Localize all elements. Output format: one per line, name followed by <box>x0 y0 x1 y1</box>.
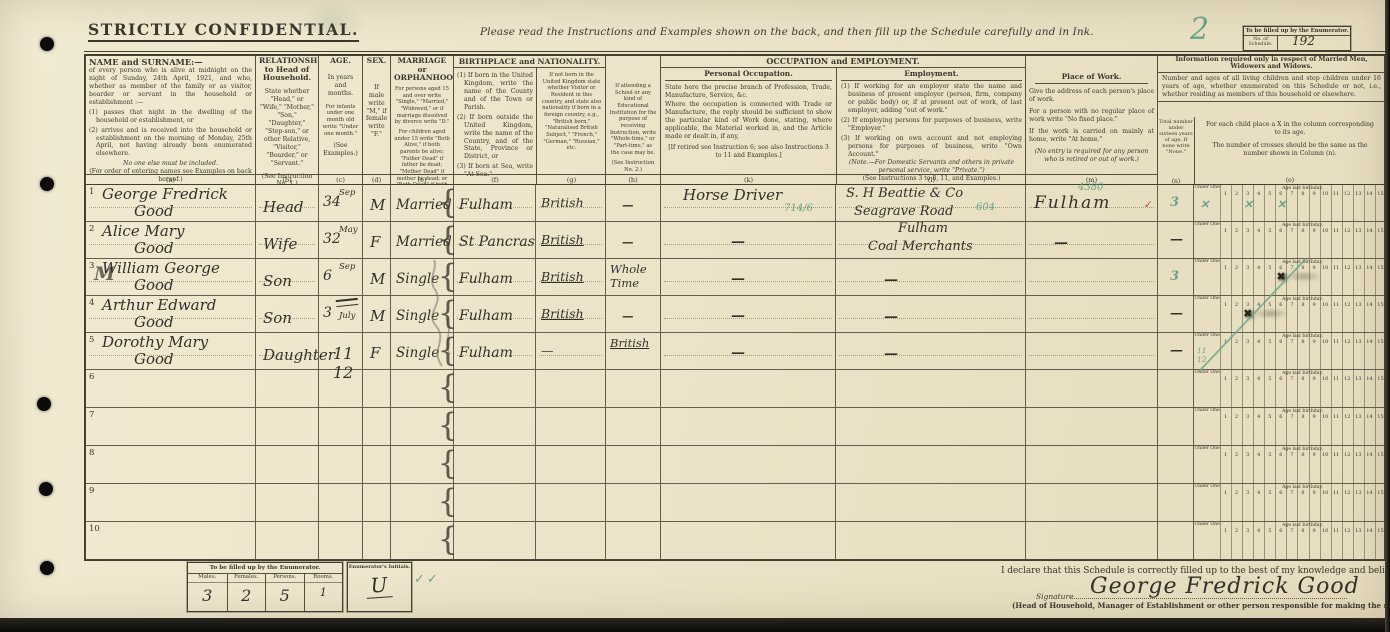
employment-code-green: 604 <box>976 202 995 213</box>
row-6-cell-o: Under OneAge last birthday.1234567891011… <box>1193 370 1385 407</box>
row-8-cell-h <box>605 446 660 483</box>
row-9-cell-a: 9 <box>85 484 255 521</box>
row-1-cell-c: 34Sep <box>318 185 362 221</box>
row-6-cell-n <box>1157 370 1193 407</box>
age-col-note1: For infants under one month old write "U… <box>322 104 359 139</box>
child-age-cross: ✕ <box>1200 198 1209 211</box>
grid-age-number: 11 <box>1331 452 1342 458</box>
sex-value: M <box>370 270 385 288</box>
enumerator-col-rooms: Rooms.1 <box>304 573 343 611</box>
enumerator-initials-label: Enumerator's Initials. <box>348 563 411 571</box>
grid-age-number: 9 <box>1309 228 1320 234</box>
grid-age-number: 3 <box>1242 528 1253 534</box>
row-10-cell-m <box>1025 522 1157 559</box>
row-1-cell-n: 3 <box>1157 185 1193 221</box>
grid-age-number: 14 <box>1364 414 1375 420</box>
row-8-cell-k <box>660 446 835 483</box>
table-row: 3MWilliam GeorgeGoodSon6SepMSingle{Fulha… <box>85 259 1385 296</box>
name-col-item2: (2) arrives and is received into the hou… <box>89 127 252 159</box>
relationship-col-title: RELATIONSHIP to Head of Household. <box>259 57 315 83</box>
grid-age-number: 3 <box>1242 228 1253 234</box>
row-9-cell-c <box>318 484 362 521</box>
row-8-cell-d <box>362 446 390 483</box>
row-number: 2 <box>89 224 94 234</box>
sex-value: M <box>370 307 385 325</box>
grid-age-number: 13 <box>1353 414 1364 420</box>
grid-under-one-label: Under One <box>1194 334 1220 339</box>
scan-edge-right <box>1385 0 1390 632</box>
grid-age-number: 13 <box>1353 528 1364 534</box>
enumerator-col-value: 5 <box>266 586 304 605</box>
row-5-cell-a: 5Dorothy MaryGood <box>85 333 255 369</box>
sex-value: M <box>370 196 385 214</box>
page-mark-handwritten: 2 <box>1190 12 1209 47</box>
row-number: 8 <box>89 448 94 458</box>
name-col-body: of every person who is alive at midnight… <box>89 67 252 107</box>
marriage-brace-glyph: { <box>438 183 458 221</box>
occupation-value: Horse Driver <box>683 186 782 204</box>
grid-age-number: 12 <box>1342 490 1353 496</box>
grid-age-number: 7 <box>1286 528 1297 534</box>
grid-age-number: 3 <box>1242 191 1253 197</box>
row-6-cell-c <box>318 370 362 407</box>
row-8-cell-c <box>318 446 362 483</box>
row-8-cell-l <box>835 446 1025 483</box>
row-9-cell-d <box>362 484 390 521</box>
grid-age-number: 11 <box>1331 265 1342 271</box>
grid-under-one-label: Under One <box>1194 409 1220 414</box>
employer-entry: S. H Beattie & CoSeagrave RoadFulhamCoal… <box>840 186 1022 258</box>
col-letter-k: (k) <box>661 174 836 185</box>
grid-age-number: 4 <box>1253 228 1264 234</box>
grid-age-number: 13 <box>1353 339 1364 345</box>
col-letter-b: (b) <box>256 174 318 185</box>
row-10-cell-e: { <box>390 522 453 559</box>
grid-under-one-label: Under One <box>1194 260 1220 265</box>
grid-age-number: 3 <box>1242 339 1253 345</box>
schedule-paper: STRICTLY CONFIDENTIAL. Please read the I… <box>0 0 1386 619</box>
enumerator-check-marks: ✓✓ <box>414 572 440 587</box>
grid-age-number: 14 <box>1364 228 1375 234</box>
grid-age-number: 12 <box>1342 376 1353 382</box>
grid-age-number: 11 <box>1331 414 1342 420</box>
relationship-value: Wife <box>263 235 297 253</box>
place-of-work-body3: If the work is carried on mainly at home… <box>1029 128 1154 144</box>
row-6-cell-h <box>605 370 660 407</box>
total-under-sixteen: — <box>1170 343 1183 358</box>
grid-age-number: 12 <box>1342 414 1353 420</box>
enumerator-initials-box: Enumerator's Initials. U <box>347 562 412 612</box>
relationship-value: Son <box>263 272 292 290</box>
row-5-cell-n: — <box>1157 333 1193 369</box>
grid-age-number: 7 <box>1286 376 1297 382</box>
grid-age-number: 5 <box>1264 228 1275 234</box>
row-number: 5 <box>89 335 94 345</box>
confidential-heading: STRICTLY CONFIDENTIAL. <box>88 20 359 42</box>
col-header-sex: SEX. If male write "M," if female write … <box>362 55 390 185</box>
col-letter-d: (d) <box>363 174 390 185</box>
marriage-brace-glyph: { <box>438 520 458 558</box>
row-3-cell-f: Fulham <box>453 259 535 295</box>
row-3-cell-g: British <box>535 259 605 295</box>
grid-fraction-numerator: 11 <box>1197 346 1209 355</box>
employment-title: Employment. <box>841 68 1022 81</box>
grid-age-number: 7 <box>1286 339 1297 345</box>
grid-age-number: 10 <box>1320 228 1331 234</box>
grid-age-number: 12 <box>1342 339 1353 345</box>
row-2-cell-m: — <box>1025 222 1157 258</box>
row-8-cell-b <box>255 446 318 483</box>
employment-dash: — <box>884 272 898 288</box>
row-6-cell-b <box>255 370 318 407</box>
grid-age-number: 14 <box>1364 452 1375 458</box>
enumerator-col-females: Females.2 <box>227 573 266 611</box>
grid-age-number: 5 <box>1264 376 1275 382</box>
grid-age-number: 14 <box>1364 528 1375 534</box>
row-6-cell-f <box>453 370 535 407</box>
row-7-cell-b <box>255 408 318 445</box>
row-9-cell-n <box>1157 484 1193 521</box>
grid-age-number: 1 <box>1220 265 1231 271</box>
grid-age-number: 2 <box>1231 490 1242 496</box>
enumerator-col-value: 2 <box>228 586 266 605</box>
grid-age-number: 9 <box>1309 414 1320 420</box>
school-attendance-value: Whole Time <box>610 262 658 290</box>
grid-age-number: 10 <box>1320 452 1331 458</box>
grid-age-number: 10 <box>1320 414 1331 420</box>
row-3-cell-m <box>1025 259 1157 295</box>
grid-age-number: 14 <box>1364 191 1375 197</box>
sex-value: F <box>370 344 380 362</box>
col-letter-c: (c) <box>319 174 362 185</box>
row-10-cell-g <box>535 522 605 559</box>
age-strikeout-scribble <box>336 298 359 307</box>
col-header-birthplace-nationality: BIRTHPLACE and NATIONALITY. (1) If born … <box>453 55 605 185</box>
col-header-name: NAME and SURNAME:— of every person who i… <box>85 55 255 185</box>
name-line2: Good <box>134 313 174 331</box>
grid-age-number: 4 <box>1253 528 1264 534</box>
table-row: 6{Under OneAge last birthday.12345678910… <box>85 370 1385 408</box>
total-under-sixteen: — <box>1170 232 1183 247</box>
grid-age-number: 7 <box>1286 414 1297 420</box>
occupation-dash: — <box>731 271 745 287</box>
grid-age-number: 10 <box>1320 339 1331 345</box>
row-9-cell-e: { <box>390 484 453 521</box>
school-col-body: If attending a School or any kind of Edu… <box>609 83 657 156</box>
row-9-cell-g <box>535 484 605 521</box>
grid-age-number: 8 <box>1297 339 1308 345</box>
marriage-col-body1: For persons aged 15 and over write "Sing… <box>394 86 450 126</box>
enumerator-col-label: Rooms. <box>305 573 343 583</box>
grid-age-number: 11 <box>1331 339 1342 345</box>
enumerator-columns: Males.3Females.2Persons.5Rooms.1 <box>188 573 342 611</box>
grid-age-number: 13 <box>1353 302 1364 308</box>
col-letter-g: (g) <box>536 174 605 185</box>
row-1-cell-g: British <box>535 185 605 221</box>
employment-note1: (Note.—For Domestic Servants and others … <box>841 159 1022 175</box>
grid-age-number: 11 <box>1331 528 1342 534</box>
grid-age-number: 14 <box>1364 339 1375 345</box>
enumerator-col-label: Males. <box>188 573 227 583</box>
grid-age-number: 9 <box>1309 339 1320 345</box>
red-check-mark: ✓ <box>1144 198 1153 211</box>
grid-age-number: 10 <box>1320 376 1331 382</box>
grid-age-number: 14 <box>1364 490 1375 496</box>
name-line2: Good <box>134 239 174 257</box>
children-title1: Information required only in respect of … <box>1158 55 1385 73</box>
grid-age-number: 2 <box>1231 302 1242 308</box>
table-row: 4Arthur EdwardGoodSon3JulyMSingle{Fulham… <box>85 296 1385 333</box>
grid-age-number: 5 <box>1264 414 1275 420</box>
grid-age-number: 13 <box>1353 376 1364 382</box>
row-9-cell-f <box>453 484 535 521</box>
grid-age-number: 7 <box>1286 452 1297 458</box>
employment-item3: (3) If working on own account and not em… <box>841 135 1022 159</box>
sex-col-body: If male write "M," if female write "F." <box>366 84 387 140</box>
grid-age-number: 11 <box>1331 302 1342 308</box>
children-age-grid: Under OneAge last birthday.1234567891011… <box>1194 333 1385 369</box>
row-2-cell-b: Wife <box>255 222 318 258</box>
row-4-cell-n: — <box>1157 296 1193 332</box>
grid-age-number: 12 <box>1342 191 1353 197</box>
place-of-work-body2: For a person with no regular place of wo… <box>1029 108 1154 124</box>
row-10-cell-b <box>255 522 318 559</box>
birthplace-value: Fulham <box>459 197 513 213</box>
sex-col-title: SEX. <box>366 57 387 66</box>
row-6-cell-k <box>660 370 835 407</box>
enumerator-box: To be filled up by the Enumerator. Males… <box>187 562 343 612</box>
occupation-dash: — <box>731 345 745 361</box>
employment-subcol: Employment. (1) If working for an employ… <box>836 68 1025 174</box>
marriage-brace-glyph: { <box>438 220 458 258</box>
age-months-note: May <box>339 225 358 235</box>
table-row: 1George FredrickGoodHead34SepMMarried{Fu… <box>85 185 1385 222</box>
name-col-title: NAME and SURNAME:— <box>89 57 252 67</box>
row-5-cell-b: Daughter <box>255 333 318 369</box>
row-9-cell-k <box>660 484 835 521</box>
occupation-employment-title: OCCUPATION and EMPLOYMENT. <box>661 55 1025 68</box>
row-4-cell-k: — <box>660 296 835 332</box>
personal-occupation-title: Personal Occupation. <box>665 68 832 81</box>
grid-age-number: 11 <box>1331 191 1342 197</box>
employer-line: S. H Beattie & Co <box>846 186 963 201</box>
grid-age-number: 5 <box>1264 339 1275 345</box>
grid-age-number: 10 <box>1320 191 1331 197</box>
row-number: 10 <box>89 524 100 534</box>
name-line2: Good <box>134 276 174 294</box>
grid-age-number: 4 <box>1253 191 1264 197</box>
grid-age-number: 4 <box>1253 265 1264 271</box>
marriage-brace-glyph: { <box>438 482 458 520</box>
grid-age-number: 8 <box>1297 490 1308 496</box>
fill-in-ink-instruction: Please read the Instructions and Example… <box>480 26 1094 38</box>
birthplace-item2: (2) If born outside the United Kingdom, … <box>457 114 533 162</box>
grid-age-number: 7 <box>1286 490 1297 496</box>
occupation-dash: — <box>731 234 745 250</box>
name-line2: Good <box>134 350 174 368</box>
name-col-item1: (1) passes that night in the dwelling of… <box>89 109 252 125</box>
grid-age-number: 3 <box>1242 376 1253 382</box>
row-1-cell-l: S. H Beattie & CoSeagrave RoadFulhamCoal… <box>835 185 1025 221</box>
children-grid-note-area: For each child place a X in the column c… <box>1194 117 1385 185</box>
row-5-cell-l: — <box>835 333 1025 369</box>
children-age-grid: Under OneAge last birthday.1234567891011… <box>1194 446 1385 483</box>
place-of-work-body1: Give the address of each person's place … <box>1029 88 1154 104</box>
nationality-value: British <box>541 269 584 284</box>
row-8-cell-a: 8 <box>85 446 255 483</box>
school-attendance-value: British <box>610 336 658 350</box>
row-7-cell-e: { <box>390 408 453 445</box>
row-2-cell-o: Under OneAge last birthday.1234567891011… <box>1193 222 1385 258</box>
grid-age-number: 1 <box>1220 452 1231 458</box>
row-number: 6 <box>89 372 94 382</box>
row-3-cell-a: 3MWilliam GeorgeGood <box>85 259 255 295</box>
children-note1: For each child place a X in the column c… <box>1205 121 1375 137</box>
row-8-cell-g <box>535 446 605 483</box>
grid-age-number: 14 <box>1364 302 1375 308</box>
place-of-work-dash: — <box>1054 235 1068 251</box>
grid-age-number: 13 <box>1353 191 1364 197</box>
grid-age-number: 11 <box>1331 376 1342 382</box>
row-1-cell-f: Fulham <box>453 185 535 221</box>
child-age-cross: ✕ <box>1244 198 1253 211</box>
name-line1: Arthur Edward <box>102 296 216 314</box>
grid-under-one-label: Under One <box>1194 223 1220 228</box>
row-2-cell-c: 32May <box>318 222 362 258</box>
row-4-cell-o: Under OneAge last birthday.1234567891011… <box>1193 296 1385 332</box>
employer-line: Seagrave Road <box>854 204 954 219</box>
row-3-cell-d: M <box>362 259 390 295</box>
row-7-cell-c <box>318 408 362 445</box>
birthplace-item1: (1) If born in the United Kingdom, write… <box>457 72 533 112</box>
grid-age-number: 2 <box>1231 376 1242 382</box>
relationship-value: Head <box>263 198 304 216</box>
table-row: 7{Under OneAge last birthday.12345678910… <box>85 408 1385 446</box>
enumerator-col-label: Females. <box>228 573 266 583</box>
grid-age-number: 12 <box>1342 265 1353 271</box>
employer-line: Fulham <box>898 221 948 236</box>
row-2-cell-f: St Pancras <box>453 222 535 258</box>
row-9-cell-b <box>255 484 318 521</box>
col-letter-a: (a) <box>86 174 255 185</box>
punch-hole <box>40 561 54 575</box>
grid-age-number: 12 <box>1342 528 1353 534</box>
row-7-cell-n <box>1157 408 1193 445</box>
row-5-cell-c: 1112 <box>318 333 362 369</box>
school-col-note: (See Instruction No. 2.) <box>609 160 657 173</box>
row-5-cell-g: — <box>535 333 605 369</box>
row-3-cell-h: Whole Time <box>605 259 660 295</box>
grid-age-number: 8 <box>1297 302 1308 308</box>
grid-age-number: 7 <box>1286 191 1297 197</box>
nationality-value: — <box>541 343 554 358</box>
col-letter-l: (l) <box>836 174 1025 185</box>
row-7-cell-m <box>1025 408 1157 445</box>
row-3-cell-k: — <box>660 259 835 295</box>
children-age-grid: Under OneAge last birthday.1234567891011… <box>1194 370 1385 407</box>
row-10-cell-a: 10 <box>85 522 255 559</box>
personal-occupation-body2: Where the occupation is connected with T… <box>665 101 832 141</box>
row-5-cell-m <box>1025 333 1157 369</box>
row-6-cell-a: 6 <box>85 370 255 407</box>
row-6-cell-d <box>362 370 390 407</box>
table-row: 10{Under OneAge last birthday.1234567891… <box>85 522 1385 560</box>
grid-age-number: 4 <box>1253 452 1264 458</box>
age-years: 3 <box>323 305 332 321</box>
grid-age-number: 7 <box>1286 228 1297 234</box>
row-1-cell-k: Horse Driver714/6 <box>660 185 835 221</box>
grid-age-number: 13 <box>1353 452 1364 458</box>
enumerator-col-persons: Persons.5 <box>265 573 304 611</box>
enumerator-col-label: Persons. <box>266 573 304 583</box>
employment-dash: — <box>884 346 898 362</box>
row-4-cell-d: M <box>362 296 390 332</box>
place-code-green: 4380 <box>1078 182 1103 193</box>
age-months-note: Sep <box>339 262 355 272</box>
punch-hole <box>37 397 51 411</box>
row-10-cell-h <box>605 522 660 559</box>
row-5-cell-f: Fulham <box>453 333 535 369</box>
row-7-cell-g <box>535 408 605 445</box>
sex-value: F <box>370 233 380 251</box>
row-5-cell-h: British <box>605 333 660 369</box>
row-4-cell-h: — <box>605 296 660 332</box>
grid-age-number: 6 <box>1275 339 1286 345</box>
grid-age-number: 2 <box>1231 452 1242 458</box>
row-7-cell-o: Under OneAge last birthday.1234567891011… <box>1193 408 1385 445</box>
row-3-cell-n: 3 <box>1157 259 1193 295</box>
row-10-cell-n <box>1157 522 1193 559</box>
grid-age-number: 8 <box>1297 376 1308 382</box>
place-of-work-note: (No entry is required for any person who… <box>1029 148 1154 164</box>
name-line1: Dorothy Mary <box>102 333 208 351</box>
row-3-cell-c: 6Sep <box>318 259 362 295</box>
name-line1: Alice Mary <box>102 222 184 240</box>
row-4-cell-g: British <box>535 296 605 332</box>
age-months-note: Sep <box>339 188 355 198</box>
grid-age-number: 6 <box>1275 490 1286 496</box>
grid-age-number: 3 <box>1242 490 1253 496</box>
name-line2: Good <box>134 202 174 220</box>
nationality-value: British <box>541 195 584 210</box>
punch-hole <box>39 482 53 496</box>
grid-age-number: 6 <box>1275 414 1286 420</box>
grid-under-one-label: Under One <box>1194 186 1220 191</box>
grid-age-number: 2 <box>1231 191 1242 197</box>
row-3-cell-b: Son <box>255 259 318 295</box>
grid-age-number: 5 <box>1264 191 1275 197</box>
row-4-cell-b: Son <box>255 296 318 332</box>
row-7-cell-h <box>605 408 660 445</box>
marriage-brace-glyph: { <box>438 331 458 369</box>
grid-age-number: 9 <box>1309 191 1320 197</box>
col-header-age: AGE. In years and months. For infants un… <box>318 55 362 185</box>
grid-age-number: 4 <box>1253 414 1264 420</box>
grid-under-one-label: Under One <box>1194 297 1220 302</box>
signature-handwritten: George Fredrick Good <box>1090 574 1360 599</box>
total-under-sixteen: 3 <box>1170 195 1179 210</box>
birthplace-value: Fulham <box>459 271 513 287</box>
grid-age-number: 11 <box>1331 490 1342 496</box>
row-6-cell-l <box>835 370 1025 407</box>
row-2-cell-d: F <box>362 222 390 258</box>
name-line1: William George <box>102 259 220 277</box>
row-4-cell-l: — <box>835 296 1025 332</box>
grid-age-number: 6 <box>1275 528 1286 534</box>
row-7-cell-k <box>660 408 835 445</box>
marriage-brace-glyph: { <box>438 368 458 406</box>
grid-age-number: 9 <box>1309 376 1320 382</box>
